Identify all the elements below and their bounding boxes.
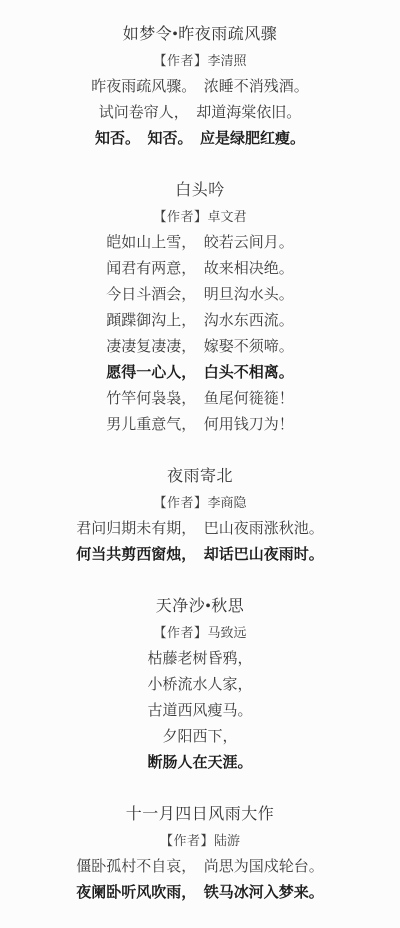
author-label: 【作者】 xyxy=(153,495,207,510)
poem-line: 今日斗酒会， 明旦沟水头。 xyxy=(0,282,400,308)
poem-line: 愿得一心人， 白头不相离。 xyxy=(0,360,400,386)
poem-title: 白头吟 xyxy=(0,178,400,204)
poem-line: 夕阳西下， xyxy=(0,724,400,750)
poem-line: 古道西风瘦马。 xyxy=(0,698,400,724)
author-name: 马致远 xyxy=(208,625,247,640)
poem-line: 蹞蹀御沟上， 沟水东西流。 xyxy=(0,308,400,334)
poem-line: 断肠人在天涯。 xyxy=(0,750,400,776)
poem-title: 天净沙•秋思 xyxy=(0,594,400,620)
poem-line: 僵卧孤村不自哀， 尚思为国戍轮台。 xyxy=(0,854,400,880)
author-label: 【作者】 xyxy=(153,53,207,68)
poem-title: 夜雨寄北 xyxy=(0,464,400,490)
poem: 十一月四日风雨大作【作者】陆游僵卧孤村不自哀， 尚思为国戍轮台。夜阑卧听风吹雨，… xyxy=(0,802,400,906)
poem-line: 昨夜雨疏风骤。 浓睡不消残酒。 xyxy=(0,74,400,100)
poem: 白头吟【作者】卓文君皑如山上雪， 皎若云间月。闻君有两意， 故来相决绝。今日斗酒… xyxy=(0,178,400,438)
author-label: 【作者】 xyxy=(153,625,207,640)
author-name: 陆游 xyxy=(214,833,240,848)
poem-line: 夜阑卧听风吹雨， 铁马冰河入梦来。 xyxy=(0,880,400,906)
poem-line: 君问归期未有期， 巴山夜雨涨秋池。 xyxy=(0,516,400,542)
author-label: 【作者】 xyxy=(160,833,214,848)
poem-line: 竹竿何袅袅， 鱼尾何簁簁！ xyxy=(0,386,400,412)
poem-line: 小桥流水人家， xyxy=(0,672,400,698)
poem-line: 凄凄复凄凄， 嫁娶不须啼。 xyxy=(0,334,400,360)
poem-line: 何当共剪西窗烛， 却话巴山夜雨时。 xyxy=(0,542,400,568)
author-name: 李清照 xyxy=(208,53,247,68)
poem-line: 男儿重意气， 何用钱刀为！ xyxy=(0,412,400,438)
poem-line: 知否。 知否。 应是绿肥红瘦。 xyxy=(0,126,400,152)
poem: 如梦令•昨夜雨疏风骤【作者】李清照昨夜雨疏风骤。 浓睡不消残酒。试问卷帘人， 却… xyxy=(0,22,400,152)
poem-author: 【作者】李商隐 xyxy=(0,490,400,516)
poem-author: 【作者】马致远 xyxy=(0,620,400,646)
author-name: 李商隐 xyxy=(208,495,247,510)
poem-author: 【作者】卓文君 xyxy=(0,204,400,230)
author-name: 卓文君 xyxy=(208,209,247,224)
poem-title: 十一月四日风雨大作 xyxy=(0,802,400,828)
poetry-page: 如梦令•昨夜雨疏风骤【作者】李清照昨夜雨疏风骤。 浓睡不消残酒。试问卷帘人， 却… xyxy=(0,0,400,928)
poems-container: 如梦令•昨夜雨疏风骤【作者】李清照昨夜雨疏风骤。 浓睡不消残酒。试问卷帘人， 却… xyxy=(0,22,400,906)
poem-title: 如梦令•昨夜雨疏风骤 xyxy=(0,22,400,48)
poem-line: 皑如山上雪， 皎若云间月。 xyxy=(0,230,400,256)
poem-line: 闻君有两意， 故来相决绝。 xyxy=(0,256,400,282)
poem: 夜雨寄北【作者】李商隐君问归期未有期， 巴山夜雨涨秋池。何当共剪西窗烛， 却话巴… xyxy=(0,464,400,568)
poem: 天净沙•秋思【作者】马致远枯藤老树昏鸦，小桥流水人家，古道西风瘦马。夕阳西下，断… xyxy=(0,594,400,776)
author-label: 【作者】 xyxy=(153,209,207,224)
poem-author: 【作者】李清照 xyxy=(0,48,400,74)
poem-author: 【作者】陆游 xyxy=(0,828,400,854)
poem-line: 枯藤老树昏鸦， xyxy=(0,646,400,672)
poem-line: 试问卷帘人， 却道海棠依旧。 xyxy=(0,100,400,126)
